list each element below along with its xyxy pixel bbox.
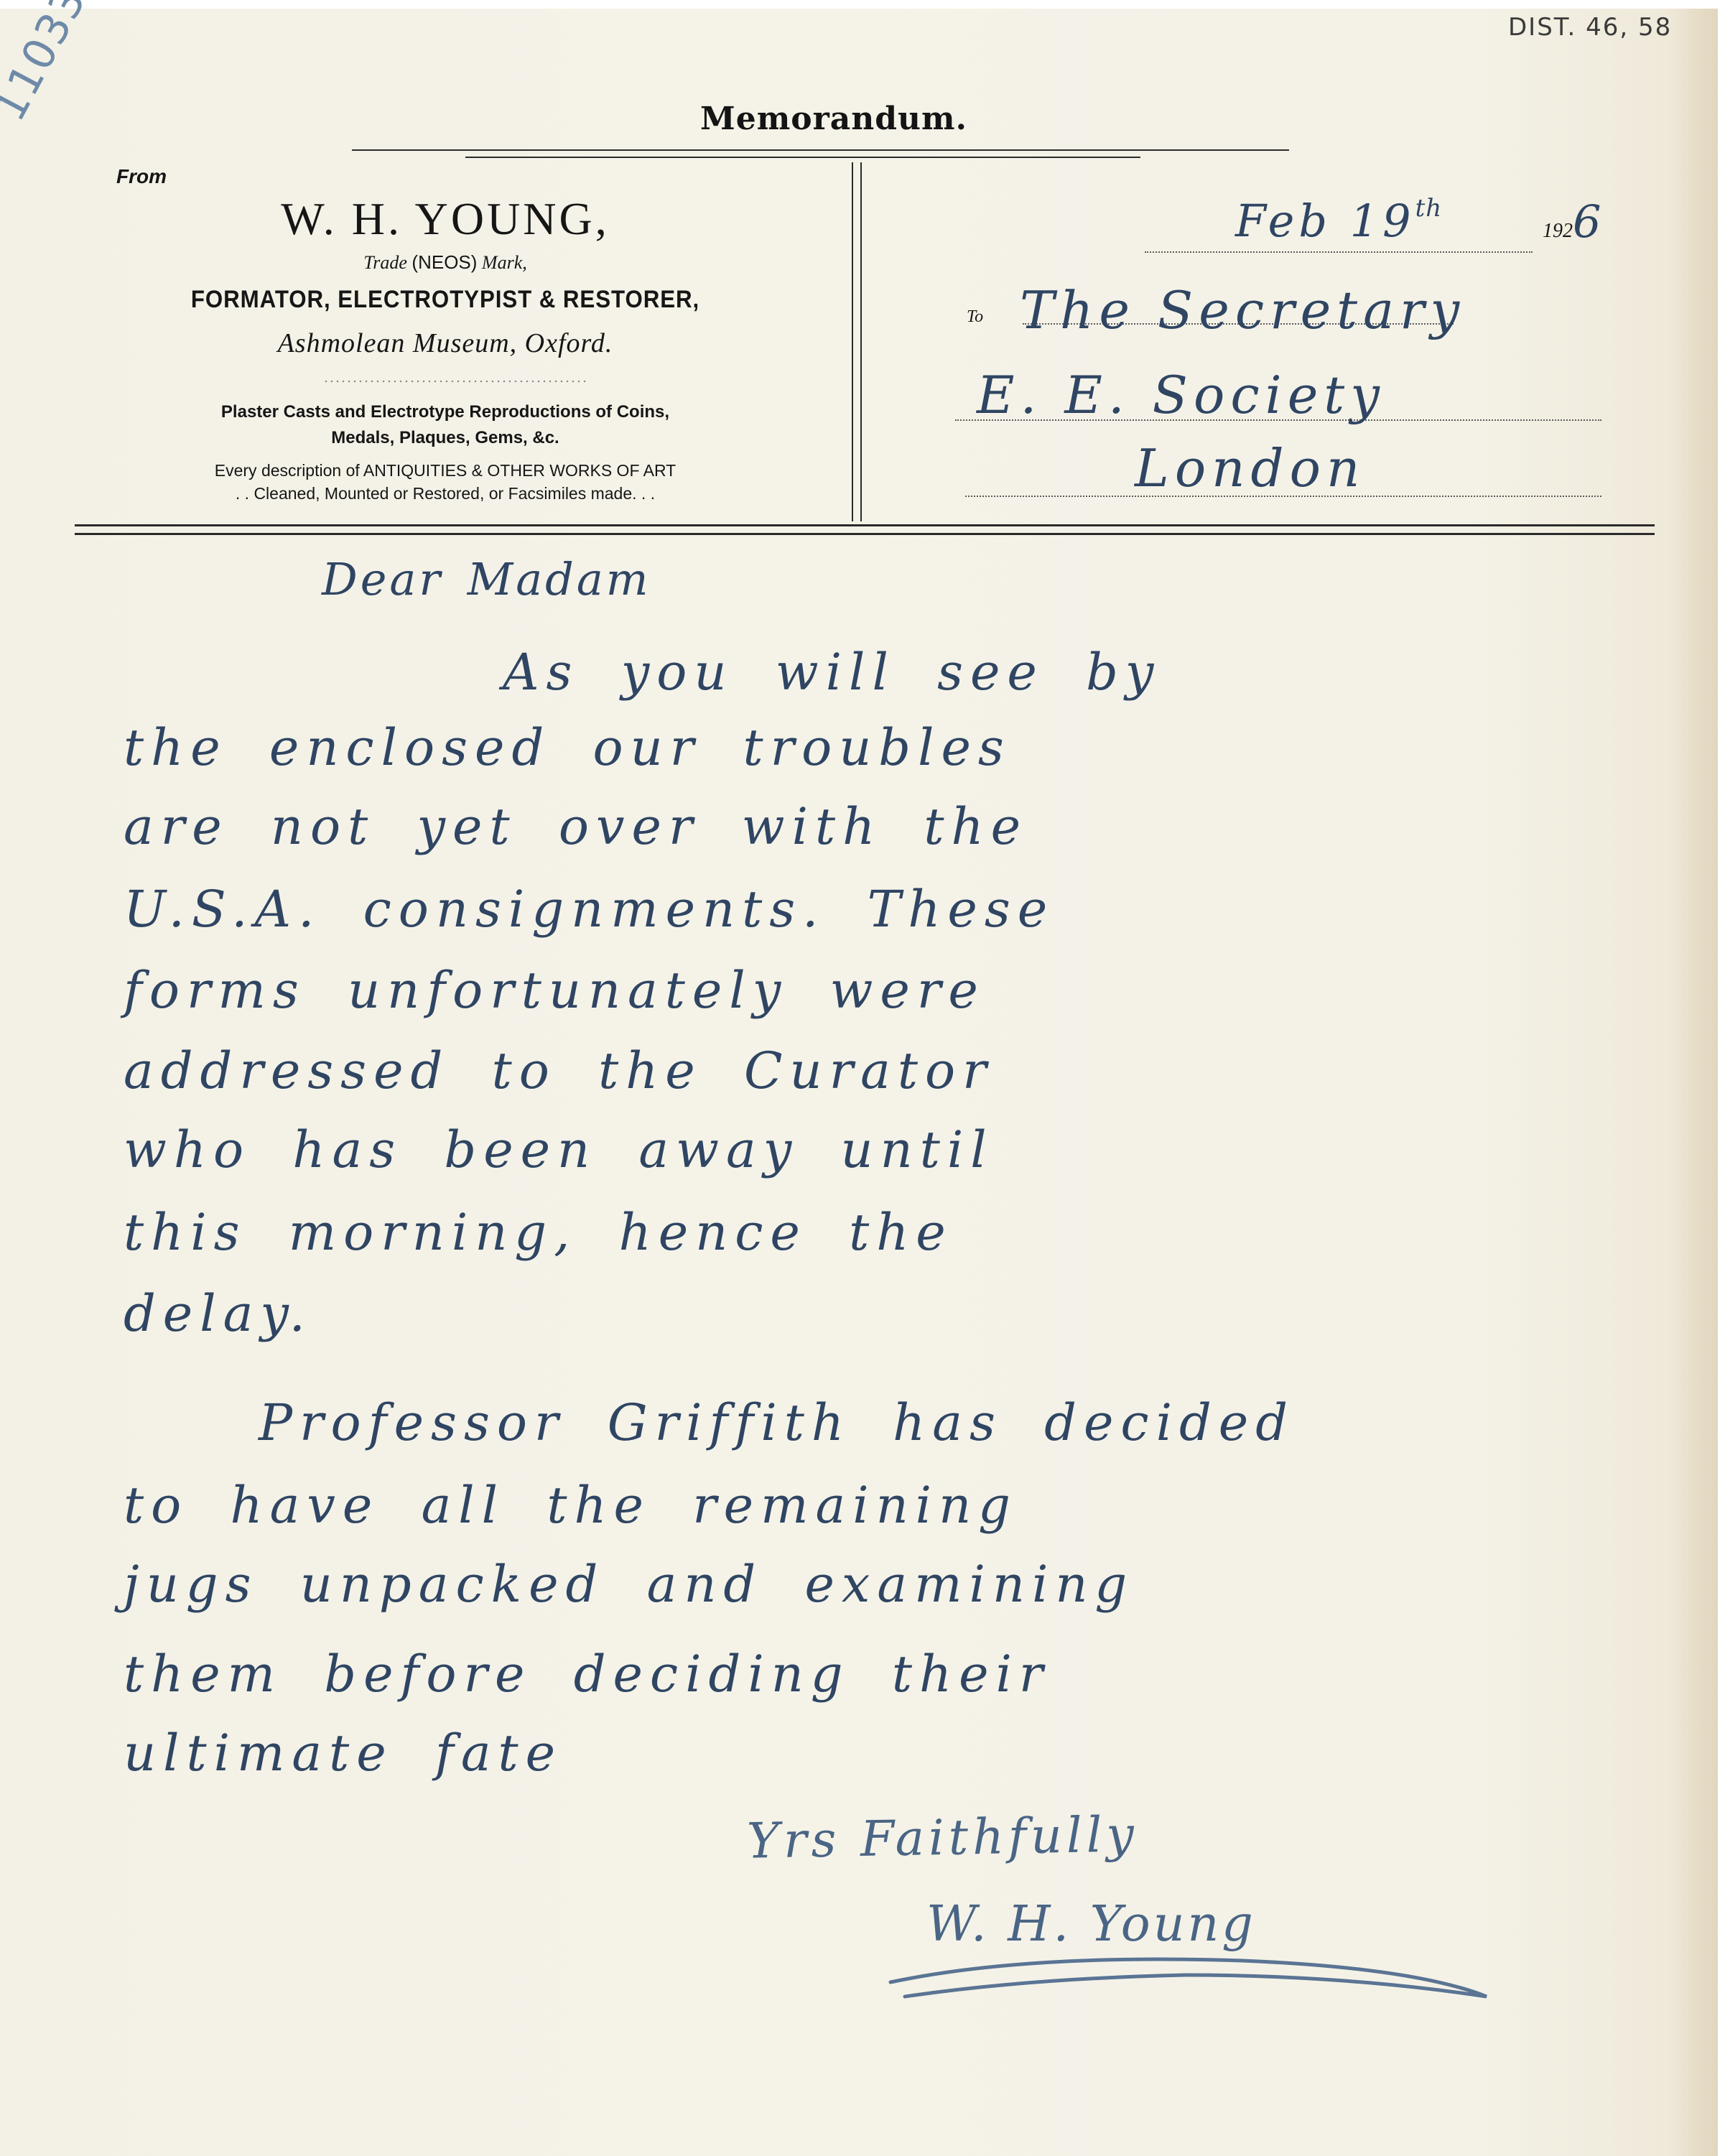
from-label: From [116, 165, 167, 188]
body-line-11: to have all the remaining [124, 1476, 1018, 1535]
body-line-10: Professor Griffith has decided [259, 1393, 1295, 1452]
column-divider-left [852, 162, 853, 521]
ornament-divider [323, 379, 589, 384]
recipient-line-3: London [1135, 438, 1365, 498]
body-line-12: jugs unpacked and examining [124, 1555, 1134, 1614]
date-handwritten: Feb 19th [1235, 194, 1442, 247]
body-line-8: this morning, hence the [124, 1203, 953, 1262]
to-label: To [967, 307, 983, 327]
title-rule-upper [352, 149, 1289, 151]
column-divider-right [860, 162, 862, 521]
date-month-day: Feb 19 [1235, 195, 1415, 247]
firm-name: W. H. YOUNG, [57, 192, 833, 246]
body-line-9: delay. [124, 1284, 312, 1343]
body-line-3: are not yet over with the [124, 797, 1028, 856]
trade-mark-prefix: Trade [363, 252, 407, 273]
salutation: Dear Madam [322, 553, 651, 605]
body-line-13: them before deciding their [124, 1645, 1050, 1704]
works-line-2: . . Cleaned, Mounted or Restored, or Fac… [57, 484, 833, 503]
date-dotted-line [1145, 251, 1533, 253]
profession: FORMATOR, ELECTROTYPIST & RESTORER, [88, 286, 802, 314]
recipient-line-2: E. E. Society [977, 365, 1385, 425]
memorandum-title: Memorandum. [700, 101, 967, 137]
date-year-handwritten: 6 [1573, 195, 1605, 248]
body-line-5: forms unfortunately were [124, 961, 985, 1020]
date-ordinal: th [1415, 194, 1443, 223]
header-rule-upper [75, 524, 1655, 526]
distribution-reference: DIST. 46, 58 [1508, 13, 1672, 42]
services-line-2: Medals, Plaques, Gems, &c. [57, 428, 833, 448]
trade-mark: Trade (NEOS) Mark, [57, 251, 833, 274]
header-rule-lower [75, 533, 1655, 535]
body-line-1: As you will see by [503, 643, 1161, 702]
trade-mark-suffix: Mark, [482, 252, 527, 273]
recipient-line-1: The Secretary [1020, 280, 1465, 340]
signature-flourish [883, 1939, 1501, 2004]
body-line-6: addressed to the Curator [124, 1041, 994, 1100]
body-line-4: U.S.A. consignments. These [124, 880, 1054, 939]
body-line-2: the enclosed our troubles [124, 718, 1011, 777]
closing: Yrs Faithfully [746, 1806, 1138, 1869]
body-line-7: who has been away until [124, 1120, 994, 1179]
works-line-1: Every description of ANTIQUITIES & OTHER… [57, 461, 833, 480]
services-line-1: Plaster Casts and Electrotype Reproducti… [57, 402, 833, 422]
trade-mark-name: (NEOS) [412, 251, 477, 273]
body-line-14: ultimate fate [124, 1724, 562, 1783]
date-year-printed: 192 [1543, 220, 1573, 242]
location: Ashmolean Museum, Oxford. [57, 327, 833, 359]
title-rule-lower [465, 157, 1140, 158]
date-year: 1926 [1543, 195, 1605, 248]
